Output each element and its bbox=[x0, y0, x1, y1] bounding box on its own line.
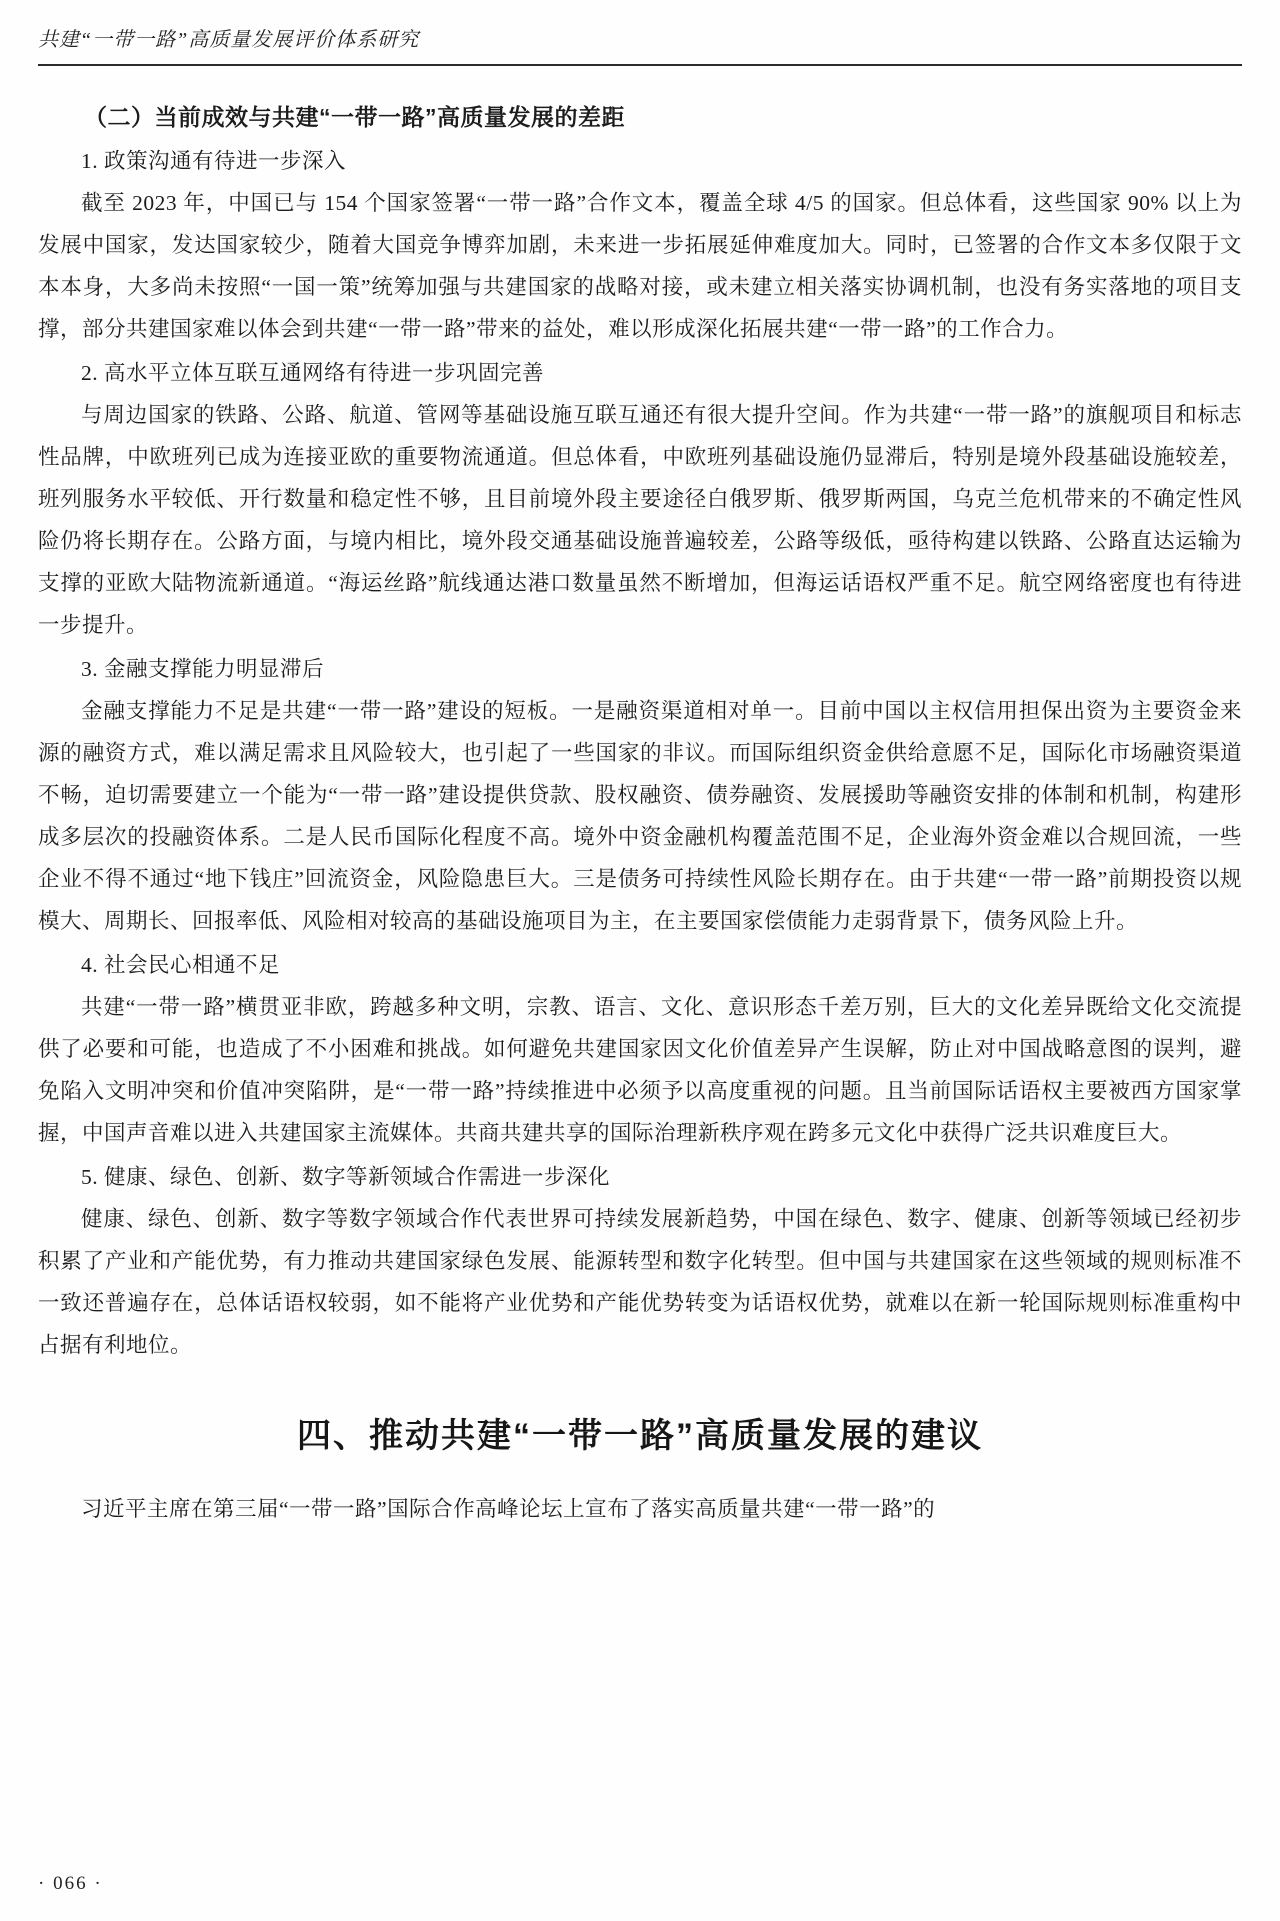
paragraph-policy-communication: 截至 2023 年，中国已与 154 个国家签署“一带一路”合作文本，覆盖全球 … bbox=[38, 182, 1242, 350]
article-body: （二）当前成效与共建“一带一路”高质量发展的差距 1. 政策沟通有待进一步深入 … bbox=[38, 96, 1242, 1530]
subsection-heading-2: 2. 高水平立体互联互通网络有待进一步巩固完善 bbox=[38, 352, 1242, 394]
section-heading: （二）当前成效与共建“一带一路”高质量发展的差距 bbox=[38, 96, 1242, 138]
subsection-heading-3: 3. 金融支撑能力明显滞后 bbox=[38, 648, 1242, 690]
paragraph-people-to-people: 共建“一带一路”横贯亚非欧，跨越多种文明，宗教、语言、文化、意识形态千差万别，巨… bbox=[38, 986, 1242, 1154]
running-header: 共建“一带一路”高质量发展评价体系研究 bbox=[38, 0, 1242, 54]
header-rule bbox=[38, 64, 1242, 66]
chapter-heading: 四、推动共建“一带一路”高质量发展的建议 bbox=[38, 1412, 1242, 1460]
paragraph-financial-support: 金融支撑能力不足是共建“一带一路”建设的短板。一是融资渠道相对单一。目前中国以主… bbox=[38, 690, 1242, 942]
subsection-heading-4: 4. 社会民心相通不足 bbox=[38, 944, 1242, 986]
page-number: · 066 · bbox=[38, 1873, 103, 1895]
subsection-heading-1: 1. 政策沟通有待进一步深入 bbox=[38, 140, 1242, 182]
subsection-heading-5: 5. 健康、绿色、创新、数字等新领域合作需进一步深化 bbox=[38, 1156, 1242, 1198]
document-page: 共建“一带一路”高质量发展评价体系研究 （二）当前成效与共建“一带一路”高质量发… bbox=[0, 0, 1280, 1921]
paragraph-connectivity-network: 与周边国家的铁路、公路、航道、管网等基础设施互联互通还有很大提升空间。作为共建“… bbox=[38, 394, 1242, 646]
paragraph-summit-announcement: 习近平主席在第三届“一带一路”国际合作高峰论坛上宣布了落实高质量共建“一带一路”… bbox=[38, 1488, 1242, 1530]
paragraph-new-fields-cooperation: 健康、绿色、创新、数字等数字领域合作代表世界可持续发展新趋势，中国在绿色、数字、… bbox=[38, 1198, 1242, 1366]
